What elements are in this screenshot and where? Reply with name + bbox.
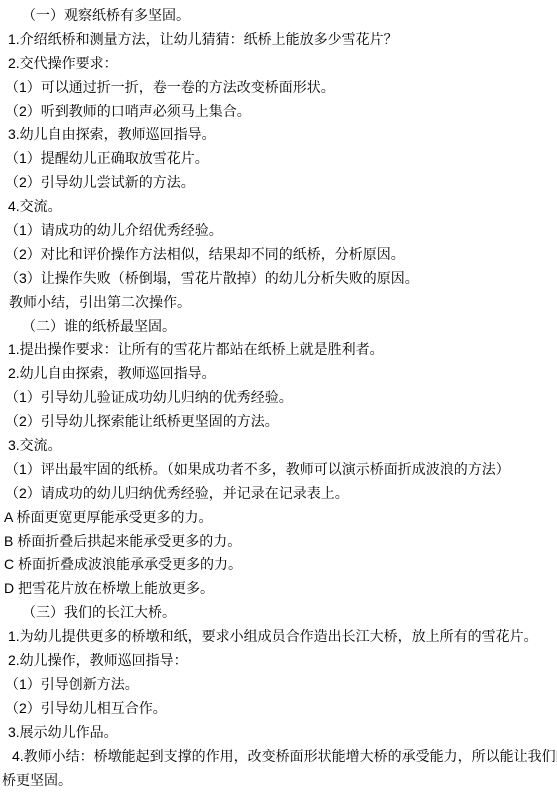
text-line: （2）对比和评价操作方法相似，结果却不同的纸桥，分析原因。 — [0, 243, 557, 267]
text-line: 3.交流。 — [0, 434, 557, 458]
text-line: C 桥面折叠成波浪能承承受更多的力。 — [0, 553, 557, 577]
text-line: 4.交流。 — [0, 195, 557, 219]
text-line: （2）听到教师的口哨声必须马上集合。 — [0, 100, 557, 124]
text-line: 2.幼儿自由探索，教师巡回指导。 — [0, 362, 557, 386]
text-line: 1.介绍纸桥和测量方法，让幼儿猜猜：纸桥上能放多少雪花片？ — [0, 28, 557, 52]
text-line: （1）请成功的幼儿介绍优秀经验。 — [0, 219, 557, 243]
text-line: 教师小结，引出第二次操作。 — [0, 291, 557, 315]
text-line: （1）引导幼儿验证成功幼儿归纳的优秀经验。 — [0, 386, 557, 410]
text-line: （1）可以通过折一折，卷一卷的方法改变桥面形状。 — [0, 76, 557, 100]
text-line: D 把雪花片放在桥墩上能放更多。 — [0, 577, 557, 601]
text-line: （二）谁的纸桥最坚固。 — [0, 315, 557, 339]
text-line: （2）引导幼儿探索能让纸桥更坚固的方法。 — [0, 410, 557, 434]
text-line: （一）观察纸桥有多坚固。 — [0, 4, 557, 28]
text-line: 桥更坚固。 — [0, 769, 557, 792]
text-line: （2）引导幼儿尝试新的方法。 — [0, 171, 557, 195]
text-line: 1.提出操作要求：让所有的雪花片都站在纸桥上就是胜利者。 — [0, 338, 557, 362]
text-line: （三）我们的长江大桥。 — [0, 601, 557, 625]
text-line: （1）引导创新方法。 — [0, 673, 557, 697]
text-line: （3）让操作失败（桥倒塌，雪花片散掉）的幼儿分析失败的原因。 — [0, 267, 557, 291]
text-line: （2）请成功的幼儿归纳优秀经验，并记录在记录表上。 — [0, 482, 557, 506]
text-line: 4.教师小结：桥墩能起到支撑的作用，改变桥面形状能增大桥的承受能力，所以能让我们… — [0, 745, 557, 769]
text-line: 2.交代操作要求： — [0, 52, 557, 76]
text-line: A 桥面更宽更厚能承受更多的力。 — [0, 506, 557, 530]
text-line: 2.幼儿操作，教师巡回指导： — [0, 649, 557, 673]
text-line: （2）引导幼儿相互合作。 — [0, 697, 557, 721]
text-line: 3.展示幼儿作品。 — [0, 721, 557, 745]
text-line: B 桥面折叠后拱起来能承受更多的力。 — [0, 530, 557, 554]
text-line: 3.幼儿自由探索，教师巡回指导。 — [0, 123, 557, 147]
text-line: （1）提醒幼儿正确取放雪花片。 — [0, 147, 557, 171]
text-line: （1）评出最牢固的纸桥。（如果成功者不多，教师可以演示桥面折成波浪的方法） — [0, 458, 557, 482]
document-body: （一）观察纸桥有多坚固。 1.介绍纸桥和测量方法，让幼儿猜猜：纸桥上能放多少雪花… — [0, 4, 557, 792]
text-line: 1.为幼儿提供更多的桥墩和纸，要求小组成员合作造出长江大桥，放上所有的雪花片。 — [0, 625, 557, 649]
document-page: （一）观察纸桥有多坚固。 1.介绍纸桥和测量方法，让幼儿猜猜：纸桥上能放多少雪花… — [0, 0, 557, 792]
